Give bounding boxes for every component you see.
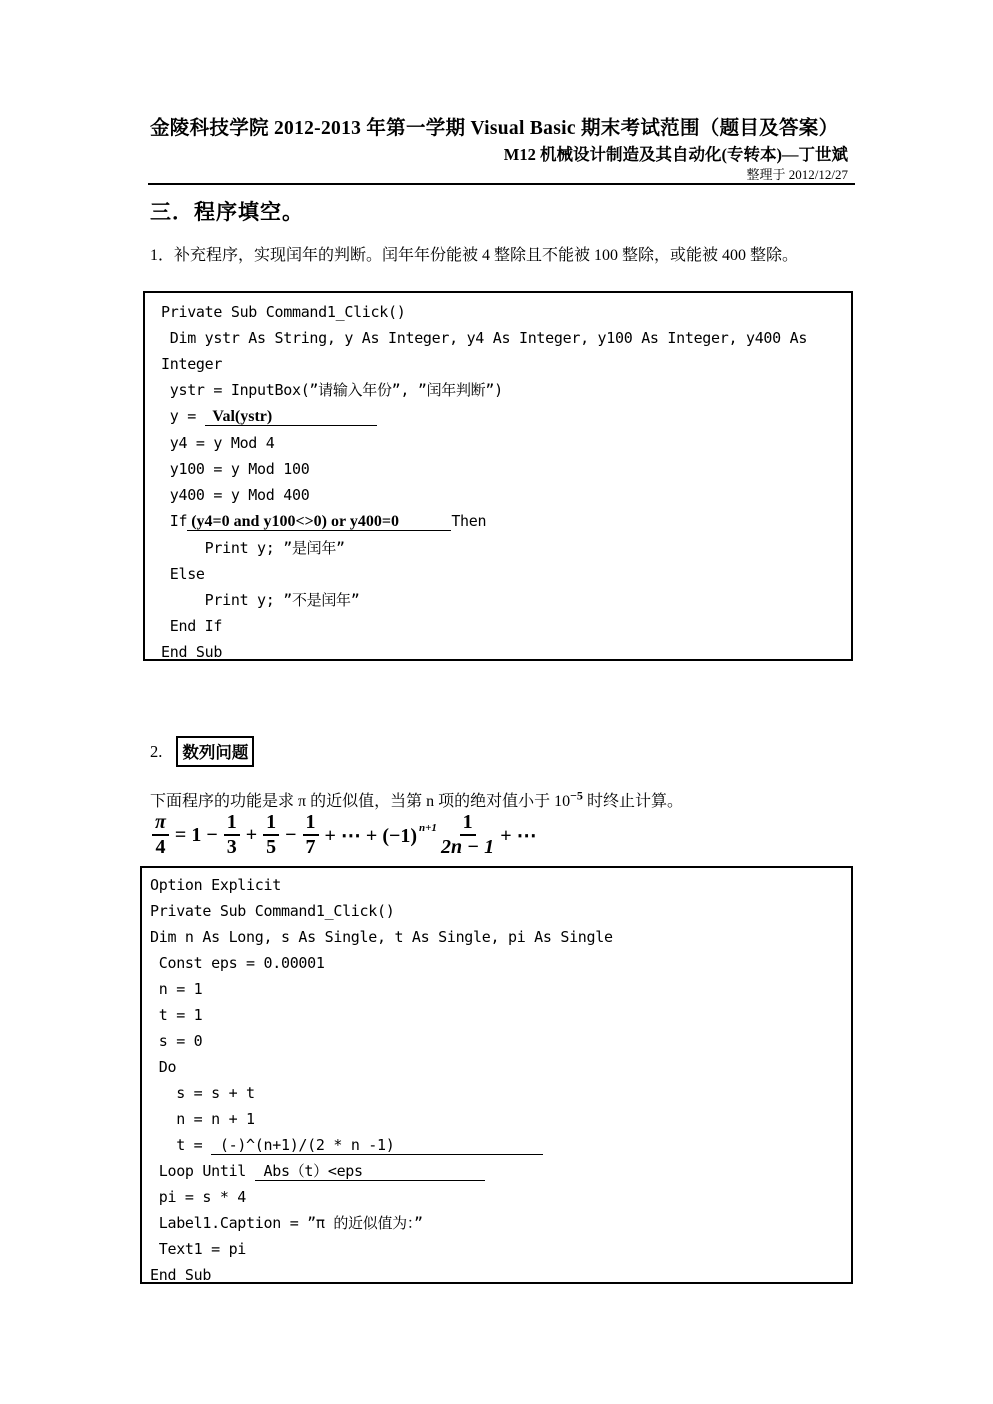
answer-blank <box>394 1136 542 1155</box>
formula-term: + ⋯ <box>500 823 536 848</box>
question2-number: 2. <box>150 742 162 762</box>
code-text: pi = s * 4 <box>150 1188 246 1206</box>
code-text: Option Explicit <box>150 876 281 894</box>
answer-blank: Abs（t）<eps <box>255 1162 363 1181</box>
question1-code-box: Private Sub Command1_Click() Dim ystr As… <box>143 291 853 661</box>
code-text: End If <box>161 617 222 635</box>
fraction-1-3: 1 3 <box>224 812 240 858</box>
code-line: End If <box>161 613 841 639</box>
date-note: 整理于 2012/12/27 <box>148 164 848 183</box>
code-text: Text1 = pi <box>150 1240 246 1258</box>
answer-blank <box>399 512 451 531</box>
code-text: If <box>161 512 187 530</box>
code-line: End Sub <box>161 639 841 661</box>
code-line: Integer <box>161 351 841 377</box>
code-line: t = 1 <box>150 1002 843 1028</box>
fraction-1-5: 1 5 <box>263 812 279 858</box>
code-line: Dim n As Long, s As Single, t As Single,… <box>150 924 843 950</box>
code-text: Else <box>161 565 205 583</box>
code-text: y400 = y Mod 400 <box>161 486 309 504</box>
code-text: t = 1 <box>150 1006 202 1024</box>
code-line: Label1.Caption = ”π 的近似值为：” <box>150 1210 843 1236</box>
fraction-pi-over-4: π 4 <box>152 812 169 858</box>
code-line: y4 = y Mod 4 <box>161 430 841 456</box>
fraction-1-7: 1 7 <box>303 812 319 858</box>
page-title: 金陵科技学院 2012-2013 年第一学期 Visual Basic 期末考试… <box>150 112 860 140</box>
question2-title: 数列问题 <box>176 736 254 767</box>
code-line: n = 1 <box>150 976 843 1002</box>
code-line: If (y4=0 and y100<>0) or y400=0 Then <box>161 508 841 535</box>
answer-blank: Val(ystr) <box>205 408 273 426</box>
code-line: Option Explicit <box>150 872 843 898</box>
code-text: End Sub <box>161 643 222 661</box>
code-text: End Sub <box>150 1266 211 1284</box>
code-text: y4 = y Mod 4 <box>161 434 275 452</box>
code-line: n = n + 1 <box>150 1106 843 1132</box>
code-text: Print y; ”不是闰年” <box>161 591 360 609</box>
code-line: Private Sub Command1_Click() <box>161 299 841 325</box>
question2-code-box: Option ExplicitPrivate Sub Command1_Clic… <box>140 866 853 1284</box>
code-line: y = Val(ystr) <box>161 403 841 430</box>
code-line: Else <box>161 561 841 587</box>
formula-term: + ⋯ + (−1) <box>325 823 418 848</box>
code-text: Dim n As Long, s As Single, t As Single,… <box>150 928 613 946</box>
code-line: Print y; ”是闰年” <box>161 535 841 561</box>
code-text: y100 = y Mod 100 <box>161 460 309 478</box>
code-text: Private Sub Command1_Click() <box>150 902 394 920</box>
code-line: Loop Until Abs（t）<eps <box>150 1158 843 1184</box>
answer-blank: (y4=0 and y100<>0) or y400=0 <box>187 513 399 531</box>
code-line: Const eps = 0.00001 <box>150 950 843 976</box>
code-text: Const eps = 0.00001 <box>150 954 325 972</box>
code-text: s = 0 <box>150 1032 202 1050</box>
formula-term: − <box>285 824 296 847</box>
code-text: Loop Until <box>150 1162 255 1180</box>
code-text: Do <box>150 1058 176 1076</box>
code-text: Integer <box>161 355 222 373</box>
code-line: y400 = y Mod 400 <box>161 482 841 508</box>
exponent: −5 <box>570 789 583 803</box>
code-line: Do <box>150 1054 843 1080</box>
code-line: y100 = y Mod 100 <box>161 456 841 482</box>
code-text: Dim ystr As String, y As Integer, y4 As … <box>161 329 807 347</box>
formula-term: = 1 − <box>175 824 218 847</box>
question1-text: 1．补充程序，实现闰年的判断。闰年年份能被 4 整除且不能被 100 整除，或能… <box>150 242 870 265</box>
code-text: Then <box>451 512 486 530</box>
formula-exponent: n+1 <box>419 822 437 834</box>
code-line: End Sub <box>150 1262 843 1284</box>
section-heading: 三．程序填空。 <box>150 196 304 226</box>
code-line: s = 0 <box>150 1028 843 1054</box>
code-text: t = <box>150 1136 211 1154</box>
pi-series-formula: π 4 = 1 − 1 3 + 1 5 − 1 7 + ⋯ + (−1)n+1 … <box>148 812 539 858</box>
code-line: Private Sub Command1_Click() <box>150 898 843 924</box>
code-line: pi = s * 4 <box>150 1184 843 1210</box>
page-subtitle: M12 机械设计制造及其自动化(专转本)—丁世斌 <box>148 141 848 165</box>
question2-description: 下面程序的功能是求 π 的近似值，当第 n 项的绝对值小于 10−5 时终止计算… <box>150 788 870 811</box>
code-text: ystr = InputBox(”请输入年份”, ”闰年判断”) <box>161 381 503 399</box>
code-text: n = n + 1 <box>150 1110 255 1128</box>
desc-text-after: 时终止计算。 <box>583 793 683 810</box>
code-text: y = <box>161 407 205 425</box>
code-line: Text1 = pi <box>150 1236 843 1262</box>
desc-text-before: 下面程序的功能是求 π 的近似值，当第 n 项的绝对值小于 10 <box>150 793 570 810</box>
formula-term: + <box>246 824 257 847</box>
question2-header: 2. 数列问题 <box>150 736 254 767</box>
answer-blank <box>363 1162 485 1181</box>
code-text: Private Sub Command1_Click() <box>161 303 405 321</box>
code-text: n = 1 <box>150 980 202 998</box>
code-line: ystr = InputBox(”请输入年份”, ”闰年判断”) <box>161 377 841 403</box>
code-line: s = s + t <box>150 1080 843 1106</box>
code-line: Print y; ”不是闰年” <box>161 587 841 613</box>
code-text: s = s + t <box>150 1084 255 1102</box>
answer-blank: (-)^(n+1)/(2 * n -1) <box>211 1136 394 1155</box>
code-text: Label1.Caption = ”π 的近似值为：” <box>150 1214 423 1232</box>
code-line: Dim ystr As String, y As Integer, y4 As … <box>161 325 841 351</box>
fraction-general-term: 1 2n − 1 <box>441 812 494 858</box>
code-text: Print y; ”是闰年” <box>161 539 345 557</box>
answer-blank <box>272 407 377 426</box>
header-divider <box>148 183 855 185</box>
code-line: t = (-)^(n+1)/(2 * n -1) <box>150 1132 843 1158</box>
